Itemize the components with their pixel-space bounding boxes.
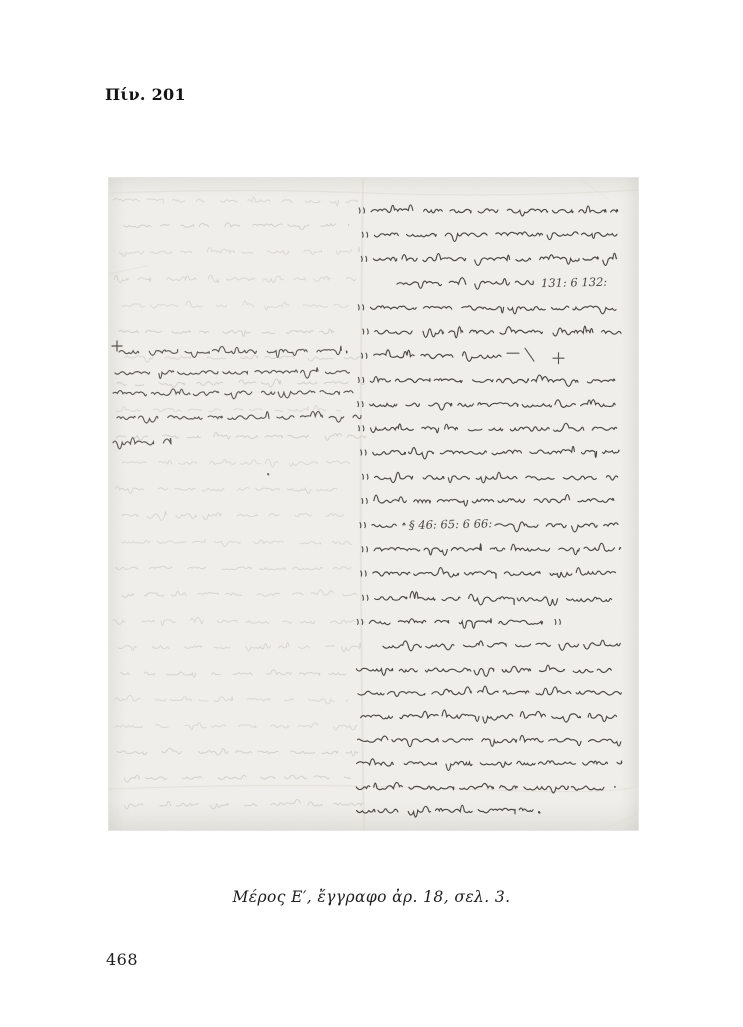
page-number: 468 — [106, 950, 138, 969]
figure-caption: Μέρος Ε′, ἔγγραφο ἀρ. 18, σελ. 3. — [0, 888, 743, 906]
manuscript-scan: 131: 6 132:§ 46: 65: 6 66: — [108, 177, 639, 831]
svg-text:131: 6 132:: 131: 6 132: — [541, 275, 608, 290]
svg-text:§ 46: 65: 6 66:: § 46: 65: 6 66: — [409, 516, 493, 532]
manuscript-scan-image: 131: 6 132:§ 46: 65: 6 66: — [109, 178, 638, 830]
plate-label: Πίν. 201 — [105, 85, 186, 104]
